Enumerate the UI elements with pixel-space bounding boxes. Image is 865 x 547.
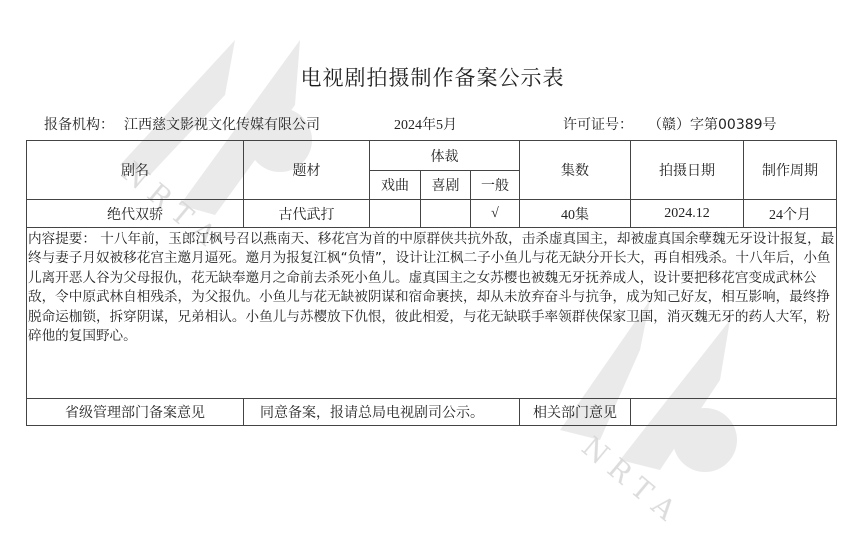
header-genre-group: 体裁 [370, 141, 520, 171]
header-row-top: 剧名 题材 体裁 集数 拍摄日期 制作周期 [27, 141, 837, 171]
svg-text:N R T A: N R T A [576, 430, 683, 527]
header-episodes: 集数 [520, 141, 631, 200]
org-value: 江西慈文影视文化传媒有限公司 [124, 114, 320, 134]
license-label: 许可证号： [563, 114, 633, 134]
cell-genre-general-check: √ [471, 200, 520, 228]
header-production-period: 制作周期 [744, 141, 837, 200]
filing-date: 2024年5月 [394, 114, 457, 134]
org-label: 报备机构： [44, 114, 114, 134]
provincial-opinion-text: 同意备案，报请总局电视剧司公示。 [244, 399, 520, 426]
data-row: 绝代双骄 古代武打 √ 40集 2024.12 24个月 [27, 200, 837, 228]
filing-meta-row: 报备机构： 江西慈文影视文化传媒有限公司 2024年5月 许可证号： （赣）字第… [0, 114, 865, 134]
header-genre-general: 一般 [471, 171, 520, 200]
provincial-opinion-label: 省级管理部门备案意见 [27, 399, 244, 426]
content-summary: 内容提要： 十八年前，玉郎江枫号召以燕南天、移花宫为首的中原群侠共抗外敌，击杀虚… [27, 228, 837, 399]
cell-drama-name: 绝代双骄 [27, 200, 244, 228]
header-genre-comedy: 喜剧 [421, 171, 471, 200]
summary-row: 内容提要： 十八年前，玉郎江枫号召以燕南天、移花宫为首的中原群侠共抗外敌，击杀虚… [27, 228, 837, 399]
license-value: （赣）字第00389号 [648, 114, 777, 134]
header-genre-opera: 戏曲 [370, 171, 421, 200]
cell-shoot-date: 2024.12 [631, 200, 744, 228]
cell-genre-opera [370, 200, 421, 228]
header-shoot-date: 拍摄日期 [631, 141, 744, 200]
related-opinion-text [631, 399, 837, 426]
cell-episodes: 40集 [520, 200, 631, 228]
filing-record-table: 剧名 题材 体裁 集数 拍摄日期 制作周期 戏曲 喜剧 一般 绝代双骄 古代武打… [26, 140, 837, 426]
header-drama-name: 剧名 [27, 141, 244, 200]
cell-subject: 古代武打 [244, 200, 370, 228]
cell-production-period: 24个月 [744, 200, 837, 228]
cell-genre-comedy [421, 200, 471, 228]
page-title: 电视剧拍摄制作备案公示表 [0, 62, 865, 92]
related-opinion-label: 相关部门意见 [520, 399, 631, 426]
header-subject: 题材 [244, 141, 370, 200]
opinion-row: 省级管理部门备案意见 同意备案，报请总局电视剧司公示。 相关部门意见 [27, 399, 837, 426]
